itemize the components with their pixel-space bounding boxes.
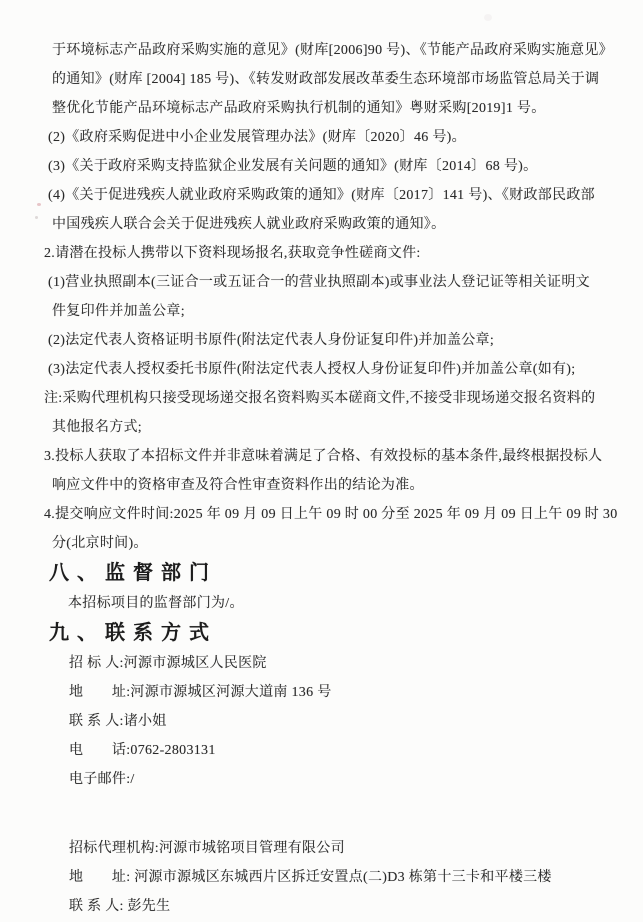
text-line: 的通知》(财库 [2004] 185 号)、《转发财政部发展改革委生态环境部市场… — [43, 65, 599, 94]
tenderer-contact-person-line: 联 系 人:诸小姐 — [43, 707, 599, 736]
text-line: 于环境标志产品政府采购实施的意见》(财库[2006]90 号)、《节能产品政府采… — [43, 36, 599, 65]
list-item-line: (2)法定代表人资格证明书原件(附法定代表人身份证复印件)并加盖公章; — [43, 326, 599, 355]
tenderer-name-line: 招 标 人:河源市源城区人民医院 — [43, 649, 599, 678]
section-heading-contact: 九、联系方式 — [43, 618, 599, 649]
numbered-line: 4.提交响应文件时间:2025 年 09 月 09 日上午 09 时 00 分至… — [43, 500, 599, 529]
numbered-line: 2.请潜在投标人携带以下资料现场报名,获取竞争性磋商文件: — [43, 239, 599, 268]
tenderer-phone-line: 电 话:0762-2803131 — [43, 736, 599, 765]
document-page: 于环境标志产品政府采购实施的意见》(财库[2006]90 号)、《节能产品政府采… — [0, 0, 643, 922]
agency-name-line: 招标代理机构:河源市城铭项目管理有限公司 — [43, 834, 599, 863]
text-line: 中国残疾人联合会关于促进残疾人就业政府采购政策的通知》。 — [43, 210, 599, 239]
scan-speck — [37, 203, 41, 206]
text-line: 其他报名方式; — [43, 413, 599, 442]
tenderer-address-line: 地 址:河源市源城区河源大道南 136 号 — [43, 678, 599, 707]
text-line: 整优化节能产品环境标志产品政府采购执行机制的通知》粤财采购[2019]1 号。 — [43, 94, 599, 123]
scan-speck — [35, 216, 38, 219]
tenderer-email-line: 电子邮件:/ — [43, 765, 599, 794]
text-line: 件复印件并加盖公章; — [43, 297, 599, 326]
list-item-line: (3)《关于政府采购支持监狱企业发展有关问题的通知》(财库〔2014〕68 号)… — [43, 152, 599, 181]
section-heading-supervision: 八、监督部门 — [43, 558, 599, 589]
agency-contact-block: 招标代理机构:河源市城铭项目管理有限公司 地 址: 河源市源城区东城西片区拆迁安… — [43, 834, 599, 921]
text-line: 分(北京时间)。 — [43, 529, 599, 558]
contact-section: 九、联系方式 招 标 人:河源市源城区人民医院 地 址:河源市源城区河源大道南 … — [43, 618, 599, 921]
list-item-line: (3)法定代表人授权委托书原件(附法定代表人授权人身份证复印件)并加盖公章(如有… — [43, 355, 599, 384]
scan-speck — [484, 14, 492, 21]
note-line: 注:采购代理机构只接受现场递交报名资料购买本磋商文件,不接受非现场递交报名资料的 — [43, 384, 599, 413]
numbered-line: 3.投标人获取了本招标文件并非意味着满足了合格、有效投标的基本条件,最终根据投标… — [43, 442, 599, 471]
notes-section: 于环境标志产品政府采购实施的意见》(财库[2006]90 号)、《节能产品政府采… — [43, 36, 599, 558]
tenderer-contact-block: 招 标 人:河源市源城区人民医院 地 址:河源市源城区河源大道南 136 号 联… — [43, 649, 599, 794]
supervision-body: 本招标项目的监督部门为/。 — [43, 589, 599, 618]
supervision-section: 八、监督部门 本招标项目的监督部门为/。 — [43, 558, 599, 618]
list-item-line: (2)《政府采购促进中小企业发展管理办法》(财库〔2020〕46 号)。 — [43, 123, 599, 152]
list-item-line: (4)《关于促进残疾人就业政府采购政策的通知》(财库〔2017〕141 号)、《… — [43, 181, 599, 210]
text-line: 响应文件中的资格审查及符合性审查资料作出的结论为准。 — [43, 471, 599, 500]
agency-address-line: 地 址: 河源市源城区东城西片区拆迁安置点(二)D3 栋第十三卡和平楼三楼 — [43, 863, 599, 892]
list-item-line: (1)营业执照副本(三证合一或五证合一的营业执照副本)或事业法人登记证等相关证明… — [43, 268, 599, 297]
agency-contact-person-line: 联 系 人: 彭先生 — [43, 892, 599, 921]
